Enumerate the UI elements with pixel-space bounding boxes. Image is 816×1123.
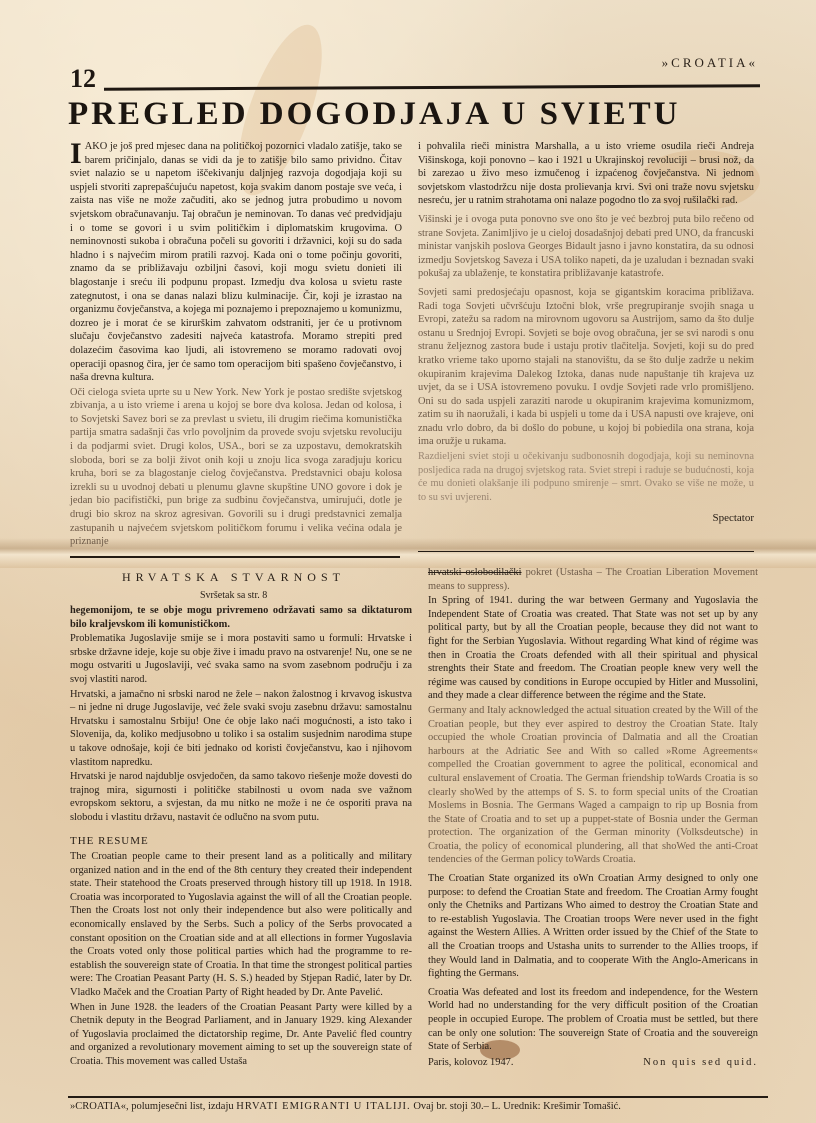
article2-right-column: hrvatski oslobodilački pokret (Ustasha –…: [428, 566, 758, 1069]
footer-imprint: »CROATIA«, polumjesečni list, izdaju HRV…: [70, 1101, 770, 1112]
article2-left-column: hegemonijom, te se obje mogu privremeno …: [70, 604, 412, 1070]
newspaper-page: 12 »CROATIA« PREGLED DOGODJAJA U SVIETU …: [0, 0, 816, 1123]
continued-from-note: Svršetak sa str. 8: [200, 590, 267, 601]
paragraph: Razdieljeni sviet stoji u očekivanju sud…: [418, 450, 754, 504]
drop-cap: I: [70, 141, 82, 167]
paragraph: Hrvatski je narod najdublje osvjedočen, …: [70, 770, 412, 824]
page-number: 12: [70, 64, 96, 94]
paragraph: hegemonijom, te se obje mogu privremeno …: [70, 604, 412, 631]
paragraph: Germany and Italy acknowledged the actua…: [428, 704, 758, 867]
section-rule: [418, 551, 754, 552]
article1-left-column: IAKO je još pred mjesec dana na političk…: [70, 140, 402, 550]
footer-rule: [68, 1096, 768, 1098]
footer-publication: »CROATIA«, polumjesečni list, izdaju: [70, 1101, 234, 1112]
paragraph: hrvatski oslobodilački pokret (Ustasha –…: [428, 566, 758, 593]
footer-price: Ovaj br. stoji 30.– L.: [413, 1101, 500, 1112]
dateline: Paris, kolovoz 1947.: [428, 1056, 513, 1070]
paragraph: Problematika Jugoslavije smije se i mora…: [70, 632, 412, 686]
section-title: HRVATSKA STVARNOST: [122, 570, 345, 585]
paragraph: Hrvatski, a jamačno ni srbski narod ne ž…: [70, 688, 412, 770]
footer-editor: Urednik: Krešimir Tomašić.: [503, 1101, 621, 1112]
author-signature: Spectator: [418, 512, 754, 526]
paragraph: Croatia Was defeated and lost its freedo…: [428, 986, 758, 1054]
paragraph: Višinski je i ovoga puta ponovno sve ono…: [418, 213, 754, 281]
header-rule: [104, 84, 760, 90]
closing-line: Paris, kolovoz 1947. Non quis sed quid.: [428, 1056, 758, 1070]
paragraph: IAKO je još pred mjesec dana na političk…: [70, 140, 402, 385]
paragraph: The Croatian people came to their presen…: [70, 850, 412, 1000]
resume-heading: THE RESUME: [70, 835, 412, 849]
paragraph: Sovjeti sami predosjećaju opasnost, koja…: [418, 286, 754, 449]
article-title: PREGLED DOGODJAJA U SVIETU: [68, 96, 758, 133]
paragraph: In Spring of 1941. during the war betwee…: [428, 594, 758, 703]
masthead: »CROATIA«: [662, 55, 758, 71]
paragraph: i pohvalila rieči ministra Marshalla, a …: [418, 140, 754, 208]
footer-publisher: HRVATI EMIGRANTI U ITALIJI.: [236, 1101, 410, 1112]
article1-right-column: i pohvalila rieči ministra Marshalla, a …: [418, 140, 754, 526]
paragraph: When in June 1928. the leaders of the Cr…: [70, 1001, 412, 1069]
section-rule: [70, 556, 400, 558]
struck-text: hrvatski oslobodilački: [428, 567, 522, 578]
paragraph: Oči cieloga svieta uprte su u New York. …: [70, 386, 402, 549]
paragraph: The Croatian State organized its oWn Cro…: [428, 872, 758, 981]
motto: Non quis sed quid.: [643, 1056, 758, 1070]
